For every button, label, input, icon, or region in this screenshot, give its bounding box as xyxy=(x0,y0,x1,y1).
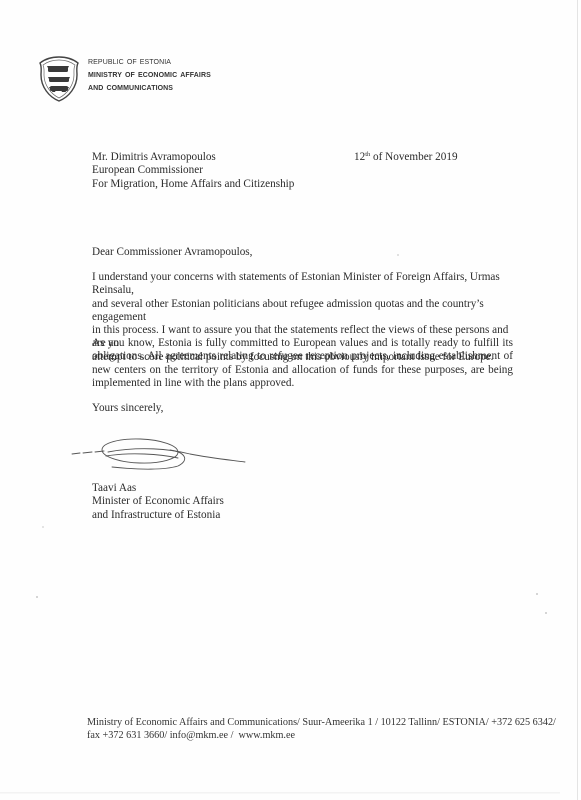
scan-speck xyxy=(42,526,44,528)
salutation: Dear Commissioner Avramopoulos, xyxy=(92,246,252,259)
recipient-portfolio: For Migration, Home Affairs and Citizens… xyxy=(92,178,294,191)
signer-title-cont: and Infrastructure of Estonia xyxy=(92,509,224,522)
letterhead-country: Republic of Estonia xyxy=(88,55,211,68)
paragraph-line: and several other Estonian politicians a… xyxy=(92,298,522,325)
footer-contact: Ministry of Economic Affairs and Communi… xyxy=(87,716,556,742)
signature-icon xyxy=(70,432,250,477)
body-paragraph-2: As you know, Estonia is fully committed … xyxy=(92,337,513,390)
signer-block: Taavi Aas Minister of Economic Affairs a… xyxy=(92,482,224,522)
letterhead-ministry: Ministry of Economic Affairs xyxy=(88,68,211,81)
letterhead-ministry-cont: and Communications xyxy=(88,81,211,94)
letter-page: Republic of Estonia Ministry of Economic… xyxy=(0,0,581,800)
signer-title: Minister of Economic Affairs xyxy=(92,495,224,508)
page-edge xyxy=(577,0,578,800)
scan-speck xyxy=(536,593,538,595)
coat-of-arms-icon xyxy=(37,55,81,103)
recipient-name: Mr. Dimitris Avramopoulos xyxy=(92,151,294,164)
date-rest: of November 2019 xyxy=(370,151,457,163)
paragraph-line: I understand your concerns with statemen… xyxy=(92,271,522,298)
closing: Yours sincerely, xyxy=(92,402,163,415)
recipient-block: Mr. Dimitris Avramopoulos European Commi… xyxy=(92,151,294,191)
scan-speck xyxy=(36,596,38,598)
letterhead: Republic of Estonia Ministry of Economic… xyxy=(88,55,211,94)
scan-speck xyxy=(397,254,399,256)
page-edge-bottom xyxy=(0,792,560,794)
date-day: 12 xyxy=(354,151,365,163)
signer-name: Taavi Aas xyxy=(92,482,224,495)
recipient-title: European Commissioner xyxy=(92,164,294,177)
footer-contacts: fax +372 631 3660/ info@mkm.ee / www.mkm… xyxy=(87,729,556,742)
footer-address: Ministry of Economic Affairs and Communi… xyxy=(87,716,556,729)
scan-speck xyxy=(545,612,547,614)
letter-date: 12th of November 2019 xyxy=(354,151,458,164)
